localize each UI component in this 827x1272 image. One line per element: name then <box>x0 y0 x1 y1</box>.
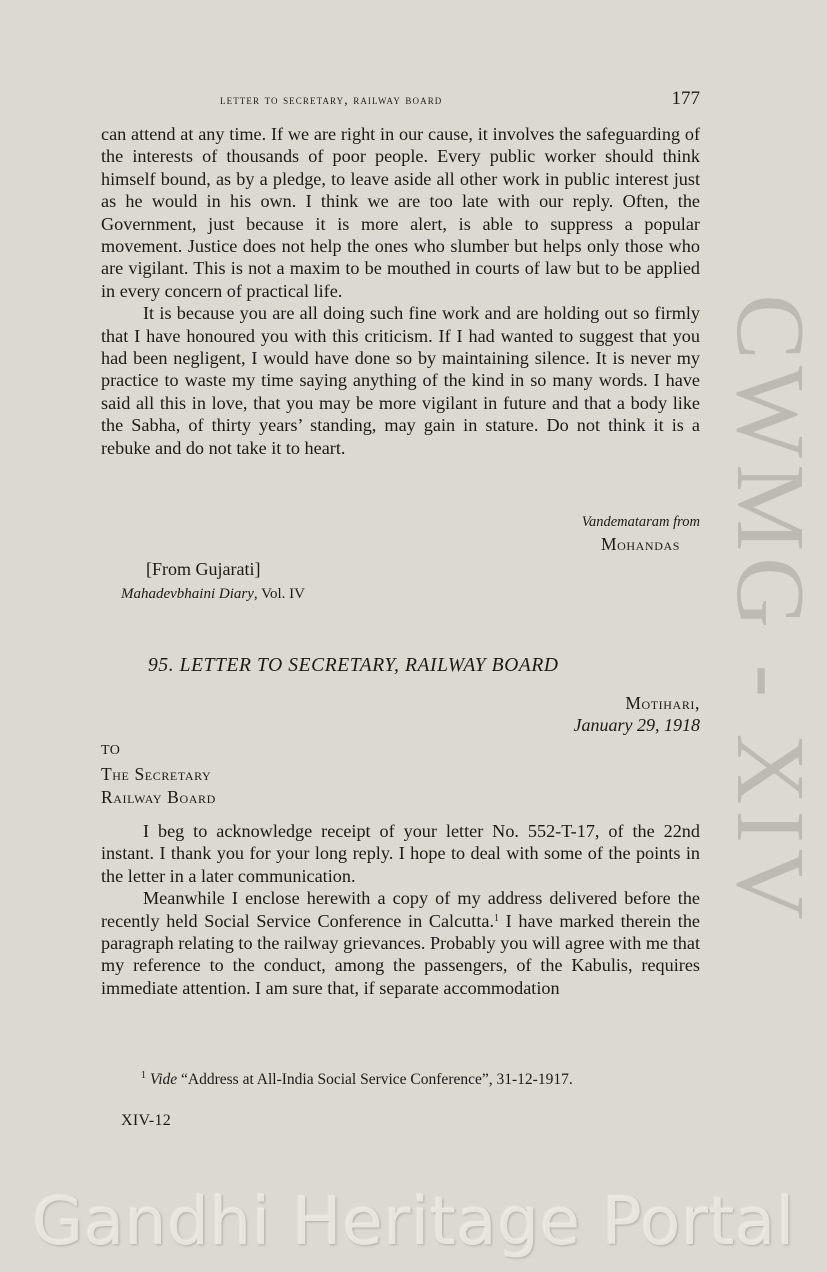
addressee-line-1: The Secretary <box>101 764 211 785</box>
body-paragraph: I beg to acknowledge receipt of your let… <box>101 820 700 887</box>
signer-name: Mohandas <box>582 532 680 556</box>
signature-block: Vandemataram from Mohandas <box>582 512 700 556</box>
letter-date: January 29, 1918 <box>574 715 700 736</box>
page-number: 177 <box>672 88 701 110</box>
footnote: 1 Vide “Address at All-India Social Serv… <box>141 1071 573 1089</box>
body-paragraph: can attend at any time. If we are right … <box>101 123 700 302</box>
printer-signature-mark: XIV-12 <box>121 1112 171 1130</box>
source-volume: , Vol. IV <box>254 586 305 602</box>
valediction: Vandemataram from <box>582 512 700 532</box>
letter-body: I beg to acknowledge receipt of your let… <box>101 820 700 999</box>
running-head: LETTER TO SECRETARY, RAILWAY BOARD 177 <box>101 88 700 112</box>
source-language: [From Gujarati] <box>146 559 260 580</box>
addressee-line-2: Railway Board <box>101 787 216 808</box>
gandhi-heritage-portal-watermark: Gandhi Heritage Portal <box>0 1183 827 1260</box>
address-to-label: TO <box>101 743 120 759</box>
source-title: Mahadevbhaini Diary <box>121 586 254 602</box>
document-page: CWMG - XIV Gandhi Heritage Portal LETTER… <box>0 0 827 1272</box>
letter-place: Motihari, <box>625 693 700 714</box>
footnote-text: “Address at All-India Social Service Con… <box>177 1071 573 1088</box>
running-head-title: LETTER TO SECRETARY, RAILWAY BOARD <box>220 92 442 108</box>
footnote-vide: Vide <box>150 1071 177 1088</box>
body-paragraph: It is because you are all doing such fin… <box>101 302 700 459</box>
body-paragraph: Meanwhile I enclose herewith a copy of m… <box>101 887 700 999</box>
footnote-marker: 1 <box>141 1070 146 1081</box>
previous-letter-body: can attend at any time. If we are right … <box>101 123 700 459</box>
source-citation: Mahadevbhaini Diary, Vol. IV <box>121 586 305 603</box>
section-title: 95. LETTER TO SECRETARY, RAILWAY BOARD <box>148 655 559 677</box>
cwmg-vertical-watermark: CWMG - XIV <box>714 294 826 926</box>
